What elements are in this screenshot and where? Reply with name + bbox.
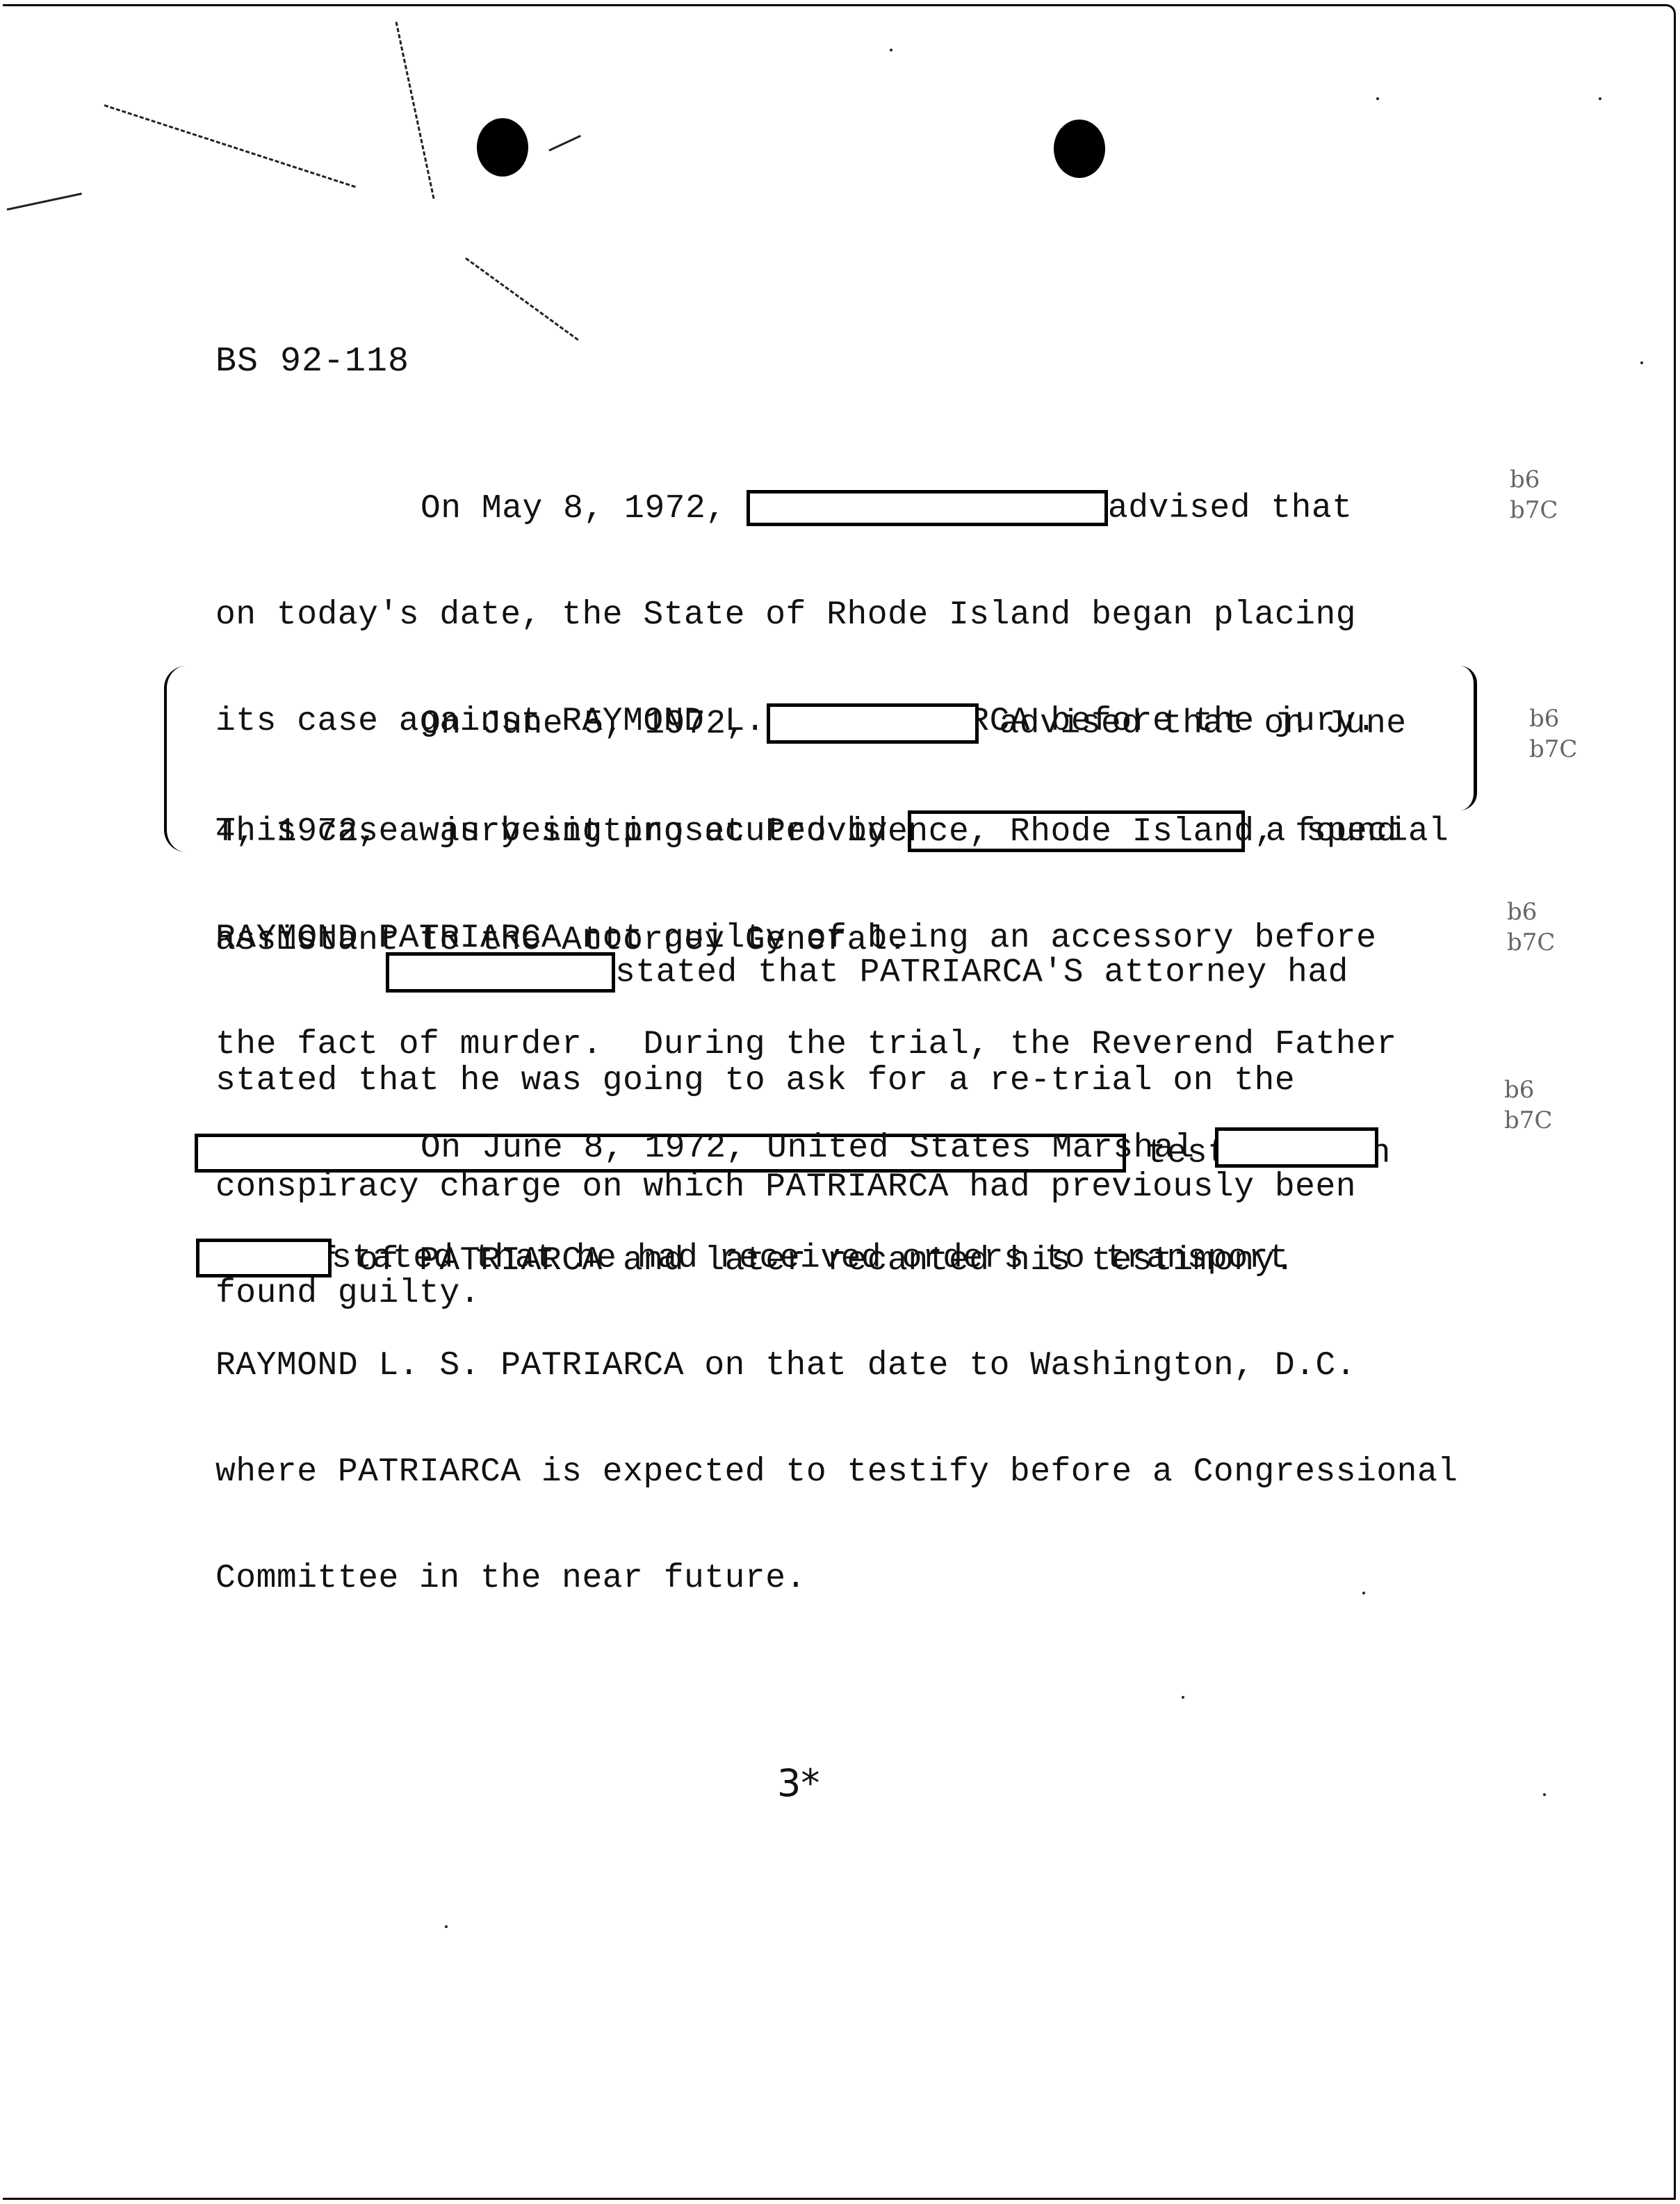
redaction-box — [196, 1239, 332, 1277]
line: On May 8, 1972, advised that — [215, 490, 1449, 527]
margin-bracket-left — [164, 666, 186, 852]
line: On June 5, 1972, advised that on June — [215, 703, 1407, 744]
speck — [445, 1925, 448, 1928]
text: On June 8, 1972, United States Marshal — [215, 1129, 1195, 1167]
redaction-box — [1215, 1127, 1378, 1168]
punch-hole-right — [1054, 120, 1105, 178]
line: stated that PATRIARCA'S attorney had — [215, 952, 1356, 993]
text: advised that on June — [1000, 705, 1407, 743]
line: On June 8, 1972, United States Marshal — [215, 1127, 1458, 1168]
paragraph-4: On June 8, 1972, United States Marshal s… — [215, 1056, 1458, 1632]
redaction-box — [386, 952, 615, 993]
line: RAYMOND L. S. PATRIARCA on that date to … — [215, 1348, 1458, 1384]
exemption-b7c: b7C — [1529, 734, 1577, 765]
line: 4, 1972, a jury sitting at Providence, R… — [215, 815, 1407, 850]
exemption-b6: b6 — [1504, 1075, 1552, 1105]
exemption-codes: b6 b7C — [1504, 1075, 1552, 1136]
exemption-b7c: b7C — [1507, 927, 1555, 958]
page-number: 3* — [777, 1761, 819, 1805]
text: On May 8, 1972, — [215, 490, 726, 528]
speck — [1543, 1793, 1546, 1796]
exemption-codes: b6 b7C — [1510, 464, 1558, 525]
punch-hole-left — [477, 118, 528, 177]
text: stated that he had received orders to tr… — [332, 1240, 1289, 1277]
exemption-codes: b6 b7C — [1507, 897, 1555, 958]
speck — [1376, 97, 1379, 100]
text: stated that PATRIARCA'S attorney had — [615, 954, 1348, 992]
speck — [890, 49, 892, 51]
exemption-codes: b6 b7C — [1529, 703, 1577, 765]
exemption-b6: b6 — [1529, 703, 1577, 734]
line: on today's date, the State of Rhode Isla… — [215, 598, 1449, 633]
speck — [1640, 361, 1643, 364]
line: stated that he had received orders to tr… — [196, 1239, 1458, 1277]
line: Committee in the near future. — [215, 1561, 1458, 1597]
redaction-box — [747, 490, 1108, 526]
line: where PATRIARCA is expected to testify b… — [215, 1455, 1458, 1490]
exemption-b7c: b7C — [1504, 1105, 1552, 1136]
margin-bracket-right — [1460, 666, 1477, 810]
exemption-b6: b6 — [1510, 464, 1558, 495]
text: advised that — [1108, 490, 1353, 528]
redaction-box — [767, 703, 979, 744]
text: On June 5, 1972, — [215, 705, 747, 743]
file-number: BS 92-118 — [215, 342, 409, 382]
exemption-b6: b6 — [1507, 897, 1555, 927]
exemption-b7c: b7C — [1510, 495, 1558, 525]
speck — [1182, 1696, 1184, 1699]
speck — [1599, 97, 1601, 100]
